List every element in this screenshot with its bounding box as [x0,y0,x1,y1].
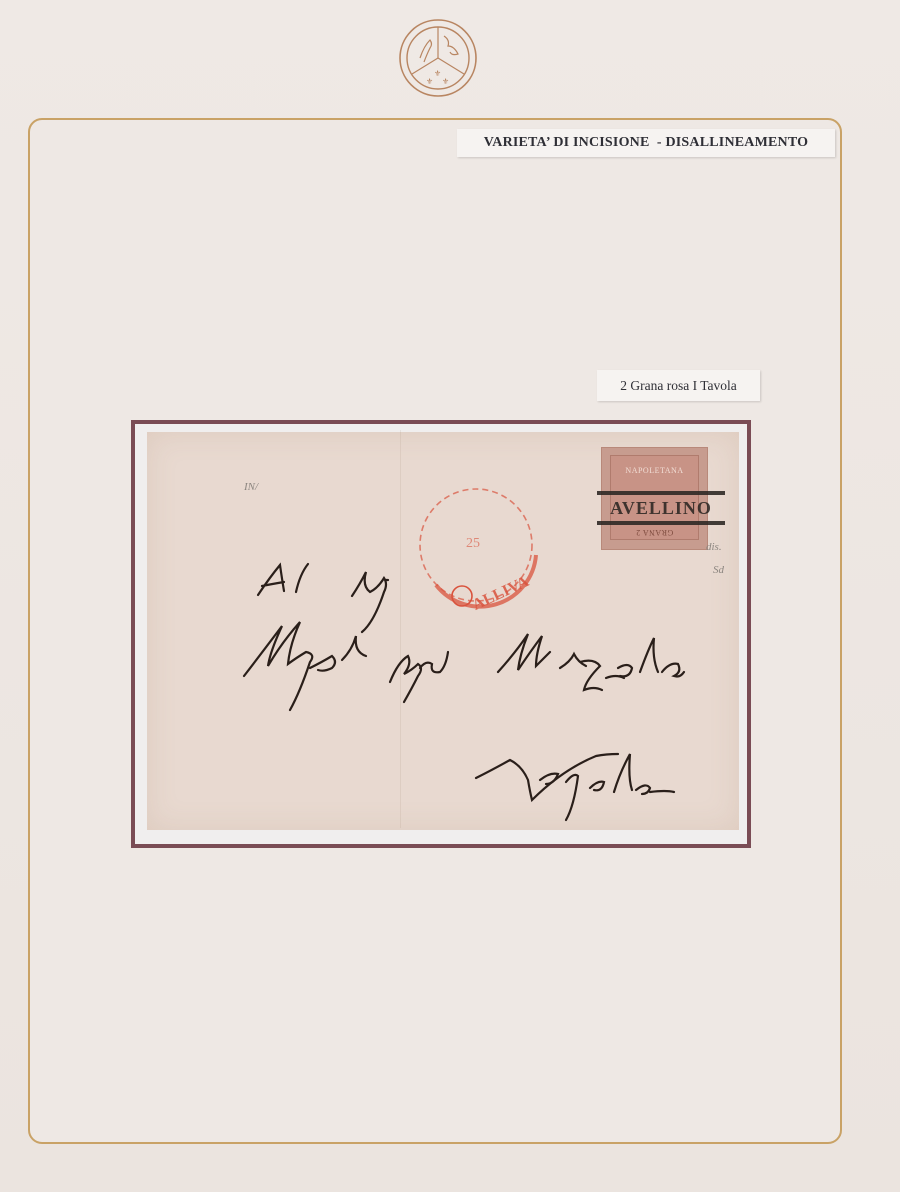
pencil-note-1: IN/ [244,481,258,493]
page-title-label: VARIETA’ DI INCISIONE - DISALLINEAMENTO [457,129,835,157]
cover-fold-line [400,430,401,828]
stamp-top-text: NAPOLETANA [611,466,698,475]
pencil-note-3: Sd [713,564,724,576]
red-postmark-icon: ALLIVA 25 [408,485,548,615]
cancellation-box: AVELLINO [597,491,725,525]
svg-text:25: 25 [466,536,480,551]
stamp-description-label: 2 Grana rosa I Tavola [597,370,760,401]
svg-text:⚜: ⚜ [434,69,441,78]
stamp-bottom-text: GRANA 2 [611,528,698,537]
svg-text:⚜: ⚜ [442,77,449,86]
pencil-note-2: dis. [706,541,722,553]
svg-text:ALLIVA: ALLIVA [470,573,532,614]
crest-emblem-icon: ⚜ ⚜ ⚜ [398,18,478,98]
svg-text:⚜: ⚜ [426,77,433,86]
